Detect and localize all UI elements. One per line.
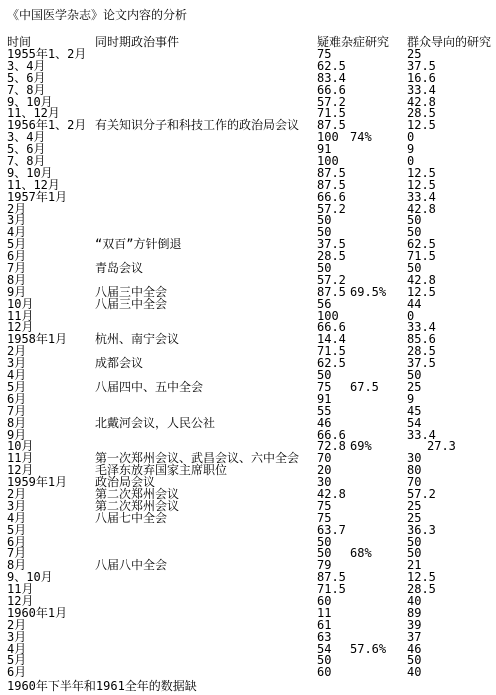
table-row: 11月71.528.5	[7, 584, 496, 596]
cell-mass-research-value: 0	[407, 132, 496, 144]
cell-secondary-percent-value	[350, 560, 407, 572]
table-row: 12月毛泽东放弃国家主席职位2080	[7, 465, 496, 477]
cell-secondary-percent-value	[350, 311, 407, 323]
cell-secondary-percent-value	[350, 406, 407, 418]
cell-secondary-percent-value	[350, 251, 407, 263]
table-row: 3月5050	[7, 215, 496, 227]
table-row: 5月5050	[7, 655, 496, 667]
cell-secondary-percent-value: 69%	[350, 441, 407, 453]
cell-political-event: 杭州、南宁会议	[95, 334, 317, 346]
cell-secondary-percent-value	[350, 477, 407, 489]
table-row: 9月八届三中全会87.569.5%12.5	[7, 287, 496, 299]
table-row: 10月八届三中全会5644	[7, 299, 496, 311]
cell-political-event	[95, 156, 317, 168]
table-row: 3月成都会议62.537.5	[7, 358, 496, 370]
cell-political-event	[95, 620, 317, 632]
table-row: 5、6月919	[7, 144, 496, 156]
table-row: 3月第二次郑州会议7525	[7, 501, 496, 513]
cell-secondary-percent-value: 67.5	[350, 382, 407, 394]
table-row: 11月第一次郑州会议、武昌会议、六中全会7030	[7, 453, 496, 465]
cell-secondary-percent-value: 74%	[350, 132, 407, 144]
table-body: 1955年1、2月75253、4月62.537.55、6月83.416.67、8…	[7, 49, 496, 679]
document-page: 《中国医学杂志》论文内容的分析 时间 同时期政治事件 疑难杂症研究 群众导向的研…	[0, 0, 496, 695]
cell-secondary-percent-value	[350, 108, 407, 120]
table-row: 4月5457.6%46	[7, 644, 496, 656]
table-row: 7月5545	[7, 406, 496, 418]
cell-political-event	[95, 394, 317, 406]
cell-secondary-percent-value	[350, 453, 407, 465]
column-header-event: 同时期政治事件	[95, 36, 317, 49]
footer-note: 1960年下半年和1961全年的数据缺	[7, 680, 496, 693]
table-row: 5月63.736.3	[7, 525, 496, 537]
cell-political-event: 八届三中全会	[95, 299, 317, 311]
cell-political-event	[95, 632, 317, 644]
cell-secondary-percent-value	[350, 156, 407, 168]
cell-secondary-percent-value	[350, 667, 407, 679]
cell-political-event	[95, 584, 317, 596]
cell-secondary-percent-value	[350, 85, 407, 97]
cell-secondary-percent-value	[350, 608, 407, 620]
cell-secondary-percent-value	[350, 180, 407, 192]
cell-secondary-percent-value: 68%	[350, 548, 407, 560]
table-row: 7月5068%50	[7, 548, 496, 560]
cell-political-event: 八届八中全会	[95, 560, 317, 572]
cell-political-event	[95, 168, 317, 180]
cell-political-event: 成都会议	[95, 358, 317, 370]
cell-secondary-percent-value	[350, 215, 407, 227]
cell-secondary-percent-value	[350, 620, 407, 632]
cell-secondary-percent-value: 69.5%	[350, 287, 407, 299]
cell-secondary-percent-value	[350, 394, 407, 406]
document-title: 《中国医学杂志》论文内容的分析	[7, 8, 496, 22]
cell-political-event: 八届四中、五中全会	[95, 382, 317, 394]
cell-political-event	[95, 61, 317, 73]
cell-mass-research-value: 40	[407, 667, 496, 679]
cell-secondary-percent-value	[350, 596, 407, 608]
cell-secondary-percent-value	[350, 418, 407, 430]
cell-political-event	[95, 132, 317, 144]
cell-secondary-percent-value	[350, 465, 407, 477]
cell-political-event: 八届七中全会	[95, 513, 317, 525]
table-row: 12月6040	[7, 596, 496, 608]
table-row: 6月28.571.5	[7, 251, 496, 263]
cell-political-event	[95, 655, 317, 667]
cell-political-event	[95, 85, 317, 97]
cell-secondary-percent-value	[350, 358, 407, 370]
cell-secondary-percent-value	[350, 525, 407, 537]
cell-mass-research-value: 12.5	[407, 120, 496, 132]
cell-secondary-percent-value	[350, 49, 407, 61]
cell-secondary-percent-value	[350, 97, 407, 109]
cell-secondary-percent-value	[350, 204, 407, 216]
table-row: 9月66.633.4	[7, 430, 496, 442]
cell-political-event	[95, 49, 317, 61]
cell-secondary-percent-value	[350, 572, 407, 584]
cell-political-event	[95, 644, 317, 656]
table-row: 4月5050	[7, 370, 496, 382]
table-row: 2月6139	[7, 620, 496, 632]
cell-secondary-percent-value	[350, 489, 407, 501]
cell-political-event	[95, 73, 317, 85]
table-row: 6月5050	[7, 537, 496, 549]
cell-political-event	[95, 215, 317, 227]
cell-political-event	[95, 608, 317, 620]
cell-political-event	[95, 430, 317, 442]
cell-secondary-percent-value	[350, 239, 407, 251]
cell-secondary-percent-value	[350, 168, 407, 180]
cell-political-event	[95, 180, 317, 192]
table-row: 6月919	[7, 394, 496, 406]
table-row: 5月八届四中、五中全会7567.525	[7, 382, 496, 394]
cell-political-event: 青岛会议	[95, 263, 317, 275]
cell-political-event: 有关知识分子和科技工作的政治局会议	[95, 120, 317, 132]
cell-secondary-percent-value	[350, 61, 407, 73]
cell-political-event	[95, 97, 317, 109]
cell-secondary-percent-value	[350, 655, 407, 667]
cell-secondary-percent-value	[350, 322, 407, 334]
cell-political-event	[95, 192, 317, 204]
cell-secondary-percent-value	[350, 192, 407, 204]
table-row: 3月6337	[7, 632, 496, 644]
cell-secondary-percent-value	[350, 501, 407, 513]
cell-secondary-percent-value	[350, 334, 407, 346]
cell-difficult-research-value: 60	[317, 667, 350, 679]
cell-political-event: 北戴河会议，人民公社	[95, 418, 317, 430]
cell-secondary-percent-value	[350, 299, 407, 311]
table-row: 6月6040	[7, 667, 496, 679]
cell-secondary-percent-value	[350, 227, 407, 239]
cell-mass-research-value: 9	[407, 144, 496, 156]
cell-political-event	[95, 667, 317, 679]
cell-political-event	[95, 596, 317, 608]
cell-secondary-percent-value	[350, 73, 407, 85]
cell-secondary-percent-value	[350, 144, 407, 156]
table-row: 2月第二次郑州会议42.857.2	[7, 489, 496, 501]
cell-secondary-percent-value	[350, 263, 407, 275]
cell-mass-research-value: 25	[407, 382, 496, 394]
table-row: 3、4月10074%0	[7, 132, 496, 144]
cell-political-event	[95, 572, 317, 584]
cell-political-event: “双百”方针倒退	[95, 239, 317, 251]
cell-political-event	[95, 537, 317, 549]
cell-secondary-percent-value	[350, 513, 407, 525]
table-row: 1960年1月1189	[7, 608, 496, 620]
cell-mass-research-value: 44	[407, 299, 496, 311]
table-row: 1956年1、2月有关知识分子和科技工作的政治局会议87.512.5	[7, 120, 496, 132]
cell-political-event	[95, 204, 317, 216]
cell-political-event	[95, 525, 317, 537]
cell-political-event	[95, 311, 317, 323]
cell-secondary-percent-value	[350, 346, 407, 358]
cell-secondary-percent-value	[350, 584, 407, 596]
cell-secondary-percent-value: 57.6%	[350, 644, 407, 656]
cell-political-event	[95, 144, 317, 156]
cell-time: 6月	[7, 667, 95, 679]
table-row: 2月57.242.8	[7, 204, 496, 216]
